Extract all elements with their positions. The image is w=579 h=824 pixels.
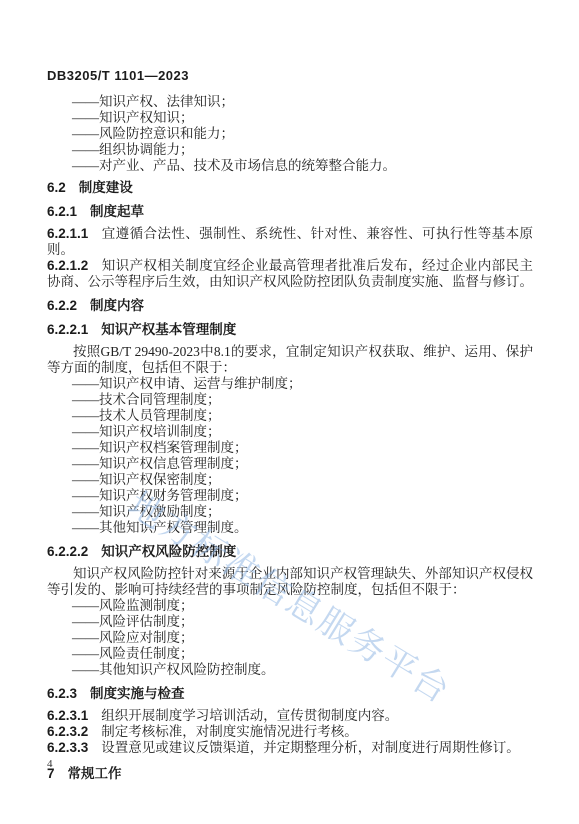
- heading-number: 6.2.2.2: [47, 544, 88, 559]
- clause-paragraph: 6.2.1.2知识产权相关制度宜经企业最高管理者批准后发布，经过企业内部民主协商…: [47, 258, 533, 290]
- basic-system-list: ——知识产权申请、运营与维护制度； ——技术合同管理制度； ——技术人员管理制度…: [47, 376, 533, 536]
- capability-list-item: ——风险防控意识和能力；: [47, 126, 533, 142]
- page-number: 4: [47, 758, 53, 770]
- clause-paragraph: 6.2.1.1宜遵循合法性、强制性、系统性、针对性、兼容性、可执行性等基本原则。: [47, 226, 533, 258]
- clause-number: 6.2.3.2: [47, 724, 88, 739]
- standard-document-page: 地方标准信息服务平台 DB3205/T 1101—2023 ——知识产权、法律知…: [0, 0, 579, 824]
- system-list-item: ——其他知识产权风险防控制度。: [47, 662, 533, 678]
- heading-6-2-2-2: 6.2.2.2知识产权风险防控制度: [47, 544, 533, 560]
- clause-number: 6.2.1.1: [47, 226, 88, 241]
- capability-list: ——知识产权、法律知识； ——知识产权知识； ——风险防控意识和能力； ——组织…: [47, 94, 533, 174]
- system-list-item: ——风险评估制度；: [47, 614, 533, 630]
- heading-label: 知识产权基本管理制度: [101, 322, 236, 337]
- heading-number: 6.2.1: [47, 204, 77, 219]
- system-list-item: ——技术合同管理制度；: [47, 392, 533, 408]
- system-list-item: ——知识产权财务管理制度；: [47, 488, 533, 504]
- system-list-item: ——知识产权保密制度；: [47, 472, 533, 488]
- clause-text: 设置意见或建议反馈渠道，并定期整理分析，对制度进行周期性修订。: [101, 740, 520, 755]
- heading-label: 常规工作: [68, 766, 122, 781]
- heading-6-2-2: 6.2.2制度内容: [47, 298, 533, 314]
- heading-number: 6.2.3: [47, 686, 77, 701]
- heading-number: 6.2.2.1: [47, 322, 88, 337]
- intro-paragraph-6-2-2-1: 按照GB/T 29490-2023中8.1的要求，宜制定知识产权获取、维护、运用…: [47, 344, 533, 376]
- capability-list-item: ——知识产权、法律知识；: [47, 94, 533, 110]
- system-list-item: ——技术人员管理制度；: [47, 408, 533, 424]
- intro-paragraph-6-2-2-2: 知识产权风险防控针对来源于企业内部知识产权管理缺失、外部知识产权侵权等引发的、影…: [47, 566, 533, 598]
- clause-number: 6.2.1.2: [47, 258, 88, 273]
- capability-list-item: ——组织协调能力；: [47, 142, 533, 158]
- heading-label: 制度起草: [90, 204, 144, 219]
- heading-label: 制度内容: [90, 298, 144, 313]
- system-list-item: ——知识产权申请、运营与维护制度；: [47, 376, 533, 392]
- clause-paragraph: 6.2.3.1组织开展制度学习培训活动，宣传贯彻制度内容。: [47, 708, 533, 724]
- heading-label: 知识产权风险防控制度: [101, 544, 236, 559]
- clause-paragraph: 6.2.3.3设置意见或建议反馈渠道，并定期整理分析，对制度进行周期性修订。: [47, 740, 533, 756]
- system-list-item: ——风险应对制度；: [47, 630, 533, 646]
- system-list-item: ——知识产权培训制度；: [47, 424, 533, 440]
- heading-number: 6.2: [47, 180, 66, 195]
- heading-6-2-2-1: 6.2.2.1知识产权基本管理制度: [47, 322, 533, 338]
- heading-6-2-3: 6.2.3制度实施与检查: [47, 686, 533, 702]
- heading-7: 7常规工作: [47, 766, 533, 782]
- heading-6-2: 6.2制度建设: [47, 180, 533, 196]
- capability-list-item: ——知识产权知识；: [47, 110, 533, 126]
- clause-group-6-2-3: 6.2.3.1组织开展制度学习培训活动，宣传贯彻制度内容。 6.2.3.2制定考…: [47, 708, 533, 756]
- system-list-item: ——知识产权档案管理制度；: [47, 440, 533, 456]
- capability-list-item: ——对产业、产品、技术及市场信息的统筹整合能力。: [47, 158, 533, 174]
- risk-system-list: ——风险监测制度； ——风险评估制度； ——风险应对制度； ——风险责任制度； …: [47, 598, 533, 678]
- system-list-item: ——风险责任制度；: [47, 646, 533, 662]
- heading-number: 6.2.2: [47, 298, 77, 313]
- system-list-item: ——风险监测制度；: [47, 598, 533, 614]
- clause-text: 宜遵循合法性、强制性、系统性、针对性、兼容性、可执行性等基本原则。: [47, 226, 533, 257]
- clause-text: 制定考核标准，对制度实施情况进行考核。: [101, 724, 358, 739]
- clause-text: 知识产权相关制度宜经企业最高管理者批准后发布，经过企业内部民主协商、公示等程序后…: [47, 258, 533, 289]
- heading-label: 制度建设: [79, 180, 133, 195]
- system-list-item: ——其他知识产权管理制度。: [47, 520, 533, 536]
- system-list-item: ——知识产权激励制度；: [47, 504, 533, 520]
- doc-body: ——知识产权、法律知识； ——知识产权知识； ——风险防控意识和能力； ——组织…: [47, 94, 533, 782]
- clause-group-6-2-1: 6.2.1.1宜遵循合法性、强制性、系统性、针对性、兼容性、可执行性等基本原则。…: [47, 226, 533, 290]
- heading-6-2-1: 6.2.1制度起草: [47, 204, 533, 220]
- clause-number: 6.2.3.3: [47, 740, 88, 755]
- clause-paragraph: 6.2.3.2制定考核标准，对制度实施情况进行考核。: [47, 724, 533, 740]
- system-list-item: ——知识产权信息管理制度；: [47, 456, 533, 472]
- clause-number: 6.2.3.1: [47, 708, 88, 723]
- heading-label: 制度实施与检查: [90, 686, 185, 701]
- clause-text: 组织开展制度学习培训活动，宣传贯彻制度内容。: [101, 708, 398, 723]
- doc-number: DB3205/T 1101—2023: [47, 68, 189, 83]
